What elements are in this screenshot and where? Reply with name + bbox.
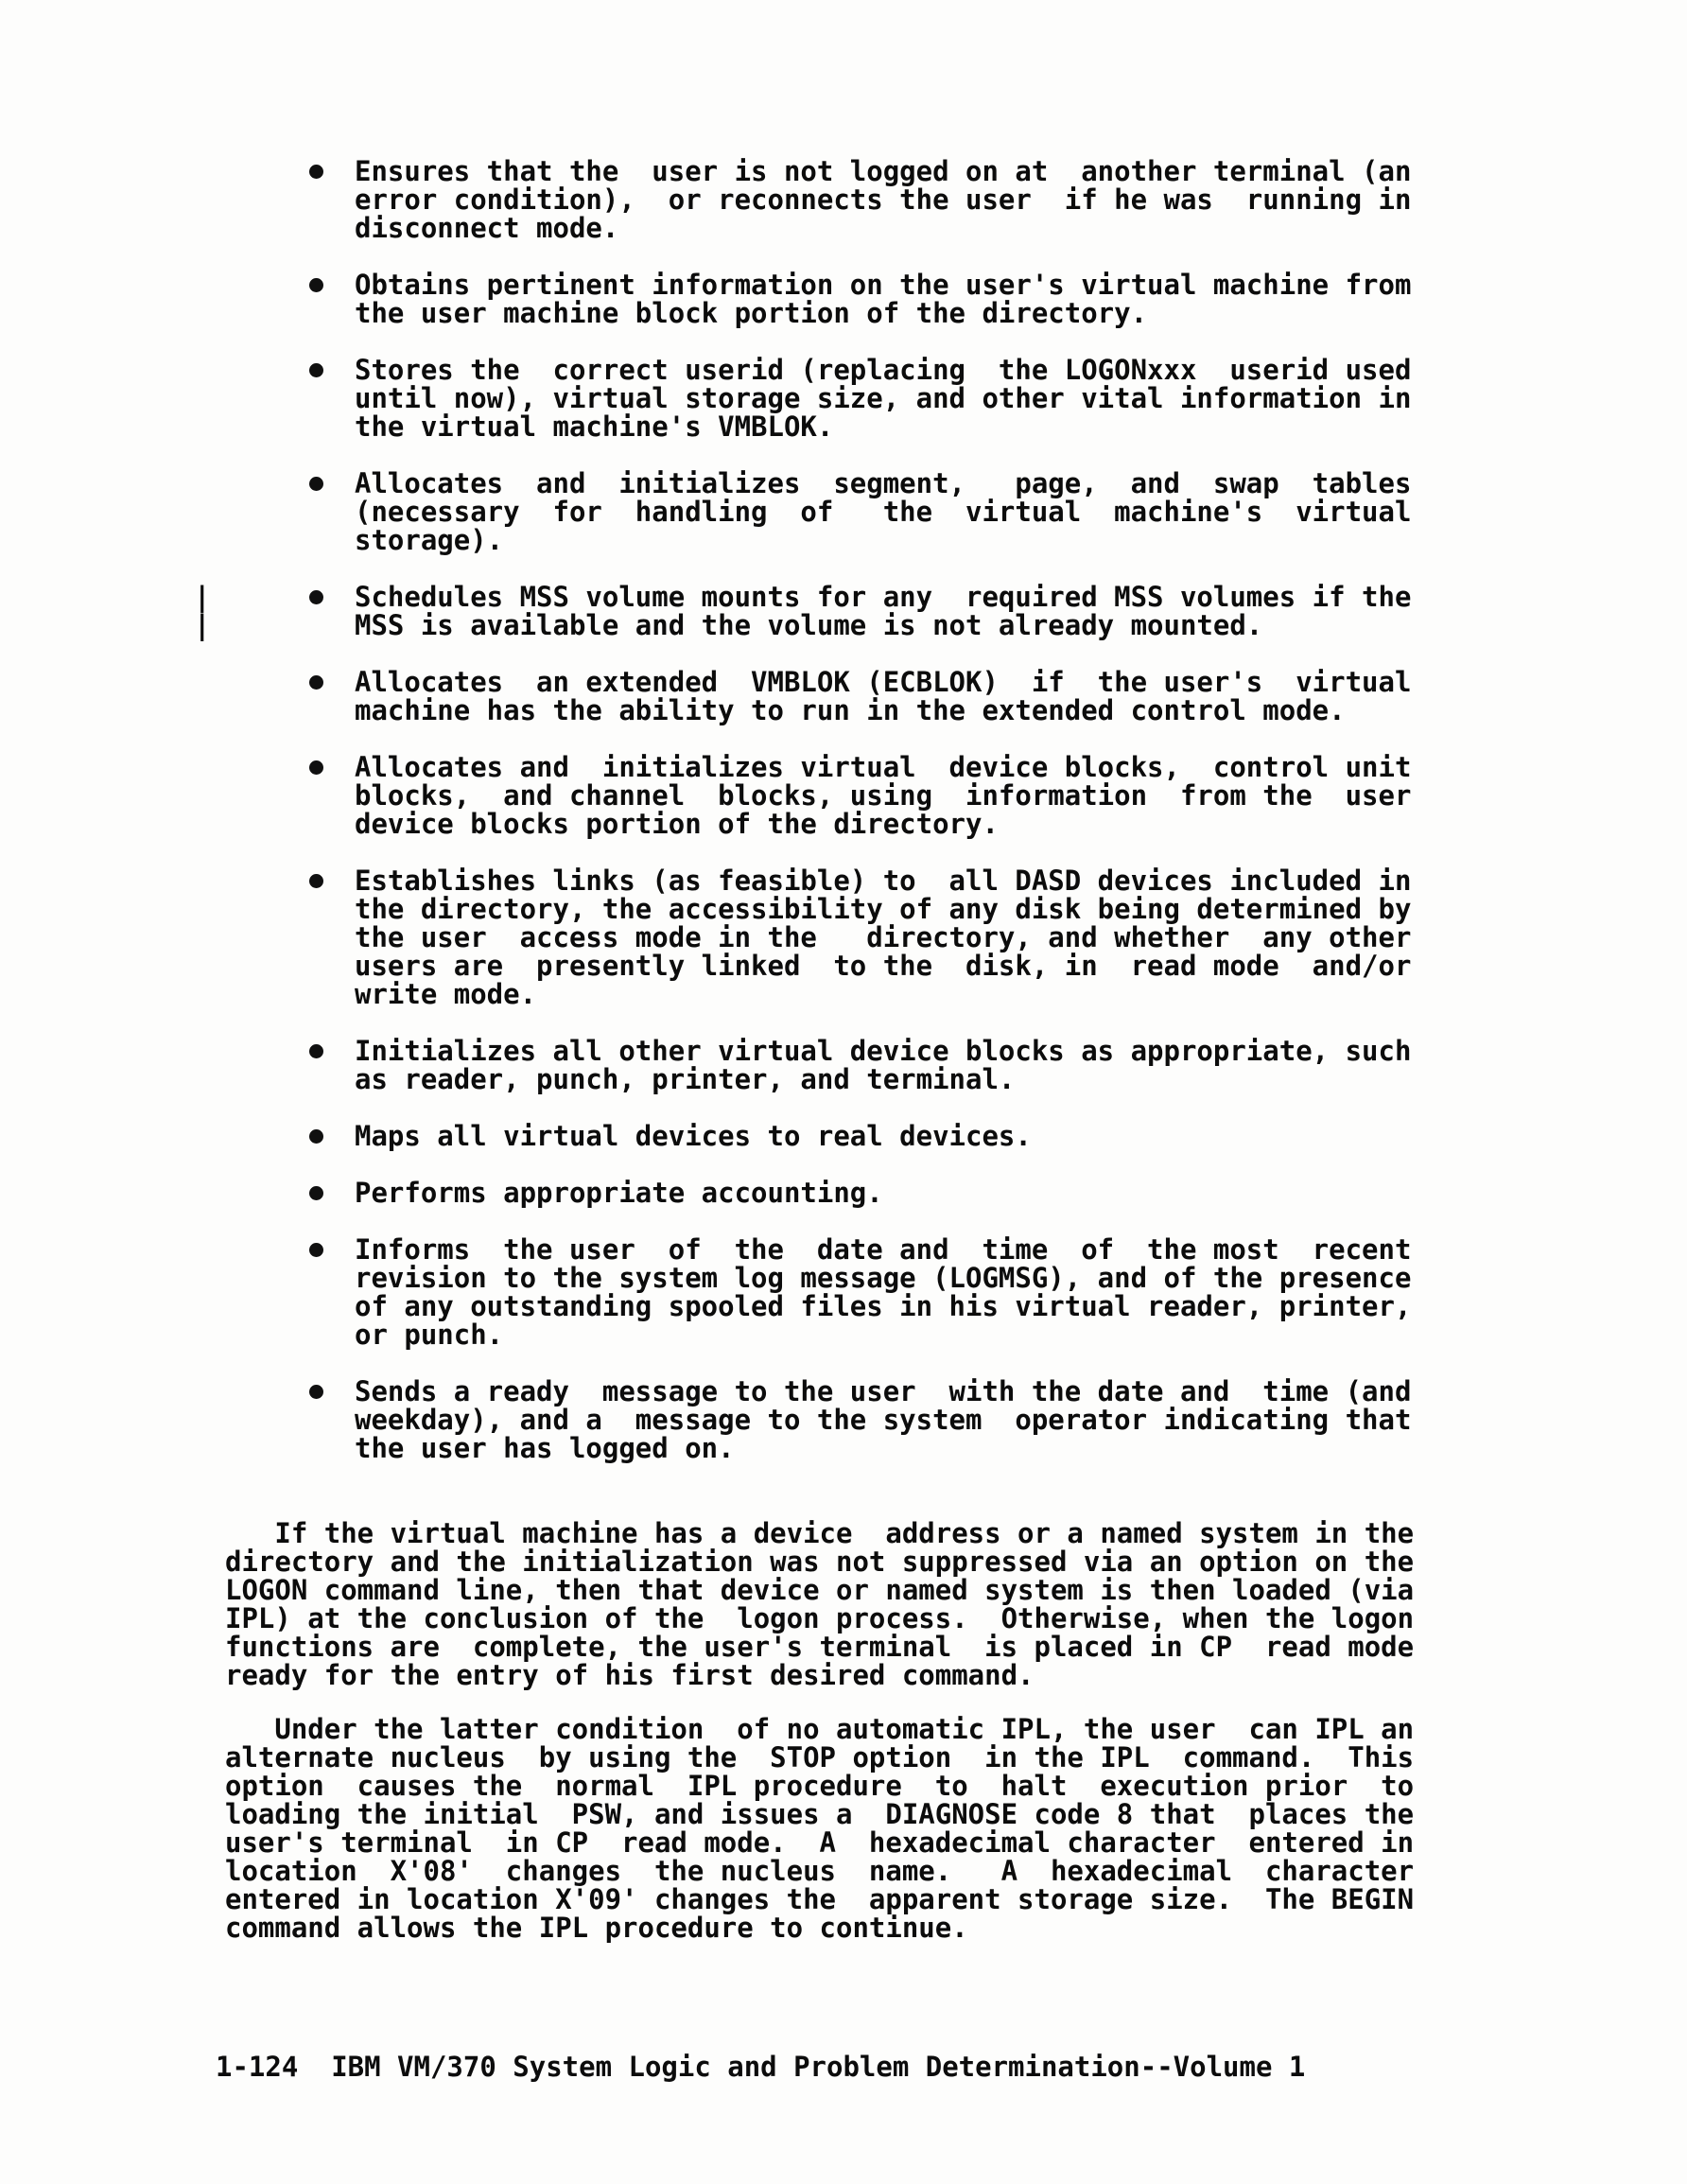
list-item-allocates-tables: Allocates and initializes segment, page,…: [309, 469, 1687, 554]
bullet-text: Performs appropriate accounting.: [355, 1179, 1687, 1207]
bullet-text: Allocates and initializes virtual device…: [355, 753, 1687, 838]
bullet-text: Initializes all other virtual device blo…: [355, 1037, 1687, 1093]
bullet-icon: [309, 760, 323, 775]
list-item-schedules-mss: | | Schedules MSS volume mounts for any …: [309, 583, 1687, 639]
bullet-list: Ensures that the user is not logged on a…: [0, 157, 1687, 1462]
list-item-stores-userid: Stores the correct userid (replacing the…: [309, 356, 1687, 441]
bullet-text: Stores the correct userid (replacing the…: [355, 356, 1687, 441]
bullet-text: Sends a ready message to the user with t…: [355, 1377, 1687, 1462]
page-footer: 1-124 IBM VM/370 System Logic and Proble…: [216, 2053, 1305, 2081]
bullet-icon: [309, 590, 323, 604]
bullet-icon: [309, 278, 323, 292]
bullet-text: Informs the user of the date and time of…: [355, 1235, 1687, 1349]
bullet-icon: [309, 1044, 323, 1058]
page-content: Ensures that the user is not logged on a…: [0, 157, 1687, 1942]
list-item-establishes-links: Establishes links (as feasible) to all D…: [309, 866, 1687, 1008]
bullet-text: Obtains pertinent information on the use…: [355, 271, 1687, 327]
bullet-text: Maps all virtual devices to real devices…: [355, 1122, 1687, 1150]
bullet-icon: [309, 363, 323, 377]
bullet-text: Allocates an extended VMBLOK (ECBLOK) if…: [355, 668, 1687, 725]
bullet-text: Ensures that the user is not logged on a…: [355, 157, 1687, 242]
change-bar: | |: [194, 583, 210, 639]
bullet-text: Schedules MSS volume mounts for any requ…: [355, 583, 1687, 639]
list-item-maps-devices: Maps all virtual devices to real devices…: [309, 1122, 1687, 1150]
bullet-icon: [309, 874, 323, 888]
bullet-icon: [309, 165, 323, 179]
list-item-performs-accounting: Performs appropriate accounting.: [309, 1179, 1687, 1207]
bullet-text: Allocates and initializes segment, page,…: [355, 469, 1687, 554]
list-item-allocates-device-blocks: Allocates and initializes virtual device…: [309, 753, 1687, 838]
list-item-allocates-ecblok: Allocates an extended VMBLOK (ECBLOK) if…: [309, 668, 1687, 725]
list-item-ensures-logon: Ensures that the user is not logged on a…: [309, 157, 1687, 242]
paragraph-auto-ipl: If the virtual machine has a device addr…: [225, 1519, 1687, 1689]
paragraph-stop-option: Under the latter condition of no automat…: [225, 1715, 1687, 1942]
bullet-icon: [309, 1385, 323, 1399]
list-item-initializes-devices: Initializes all other virtual device blo…: [309, 1037, 1687, 1093]
list-item-informs-user: Informs the user of the date and time of…: [309, 1235, 1687, 1349]
bullet-icon: [309, 1129, 323, 1144]
bullet-icon: [309, 477, 323, 491]
bullet-icon: [309, 1243, 323, 1257]
list-item-sends-ready-message: Sends a ready message to the user with t…: [309, 1377, 1687, 1462]
bullet-icon: [309, 675, 323, 690]
document-page: Ensures that the user is not logged on a…: [0, 0, 1687, 2184]
list-item-obtains-info: Obtains pertinent information on the use…: [309, 271, 1687, 327]
bullet-icon: [309, 1186, 323, 1200]
bullet-text: Establishes links (as feasible) to all D…: [355, 866, 1687, 1008]
